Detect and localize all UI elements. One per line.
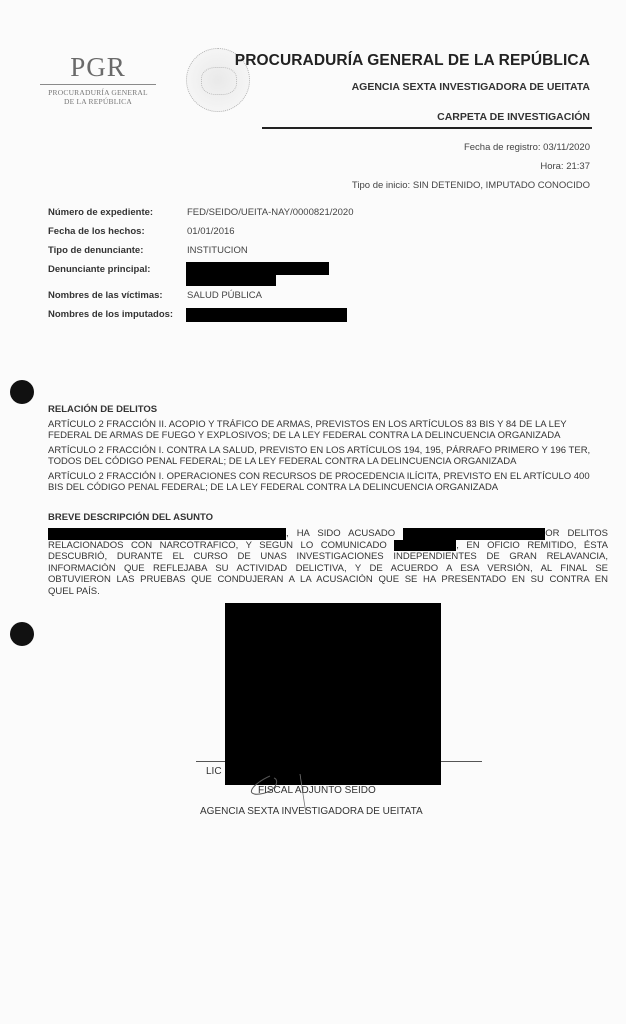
signer-agency: AGENCIA SEXTA INVESTIGADORA DE UEITATA (200, 806, 423, 817)
field-label-fecha-hechos: Fecha de los hechos: (48, 226, 145, 237)
desc-text: , HA SIDO ACUSADO (286, 528, 395, 539)
punch-hole-top (10, 380, 34, 404)
logo-acronym: PGR (40, 52, 156, 82)
desc-line: OBTUVIERON LAS PRUEBAS QUE CONDUJERAN A … (48, 574, 608, 586)
logo-line-1: PROCURADURÍA GENERAL (40, 88, 156, 97)
agency-name: AGENCIA SEXTA INVESTIGADORA DE UEITATA (352, 81, 590, 93)
delito-item: ARTÍCULO 2 FRACCIÓN I. OPERACIONES CON R… (48, 472, 604, 493)
field-label-denunciante: Denunciante principal: (48, 264, 150, 275)
delito-line: ARTÍCULO 2 FRACCIÓN II. ACOPIO Y TRÁFICO… (48, 420, 604, 431)
field-value-fecha-hechos: 01/01/2016 (187, 226, 235, 237)
desc-line: INFORMACIÓN QUE REFLEJABA SU ACTIVIDAD D… (48, 563, 608, 575)
signer-prefix: LIC (206, 766, 222, 777)
field-label-tipo-denunciante: Tipo de denunciante: (48, 245, 143, 256)
redaction-denunciante-b (186, 274, 276, 286)
desc-text: OR DELITOS (545, 528, 608, 539)
desc-text: RELACIONADOS CON NARCOTRAFICO, Y SEGUN L… (48, 540, 387, 551)
redaction-imputados (186, 308, 347, 322)
redaction-accused-name (48, 528, 286, 540)
delito-line: FEDERAL DE ARMAS DE FUEGO Y EXPLOSIVOS; … (48, 431, 604, 442)
desc-line: QUEL PAÍS. (48, 586, 608, 598)
registration-time: Hora: 21:37 (540, 161, 590, 172)
registration-date: Fecha de registro: 03/11/2020 (464, 142, 590, 153)
delitos-heading: RELACIÓN DE DELITOS (48, 404, 157, 415)
descripcion-heading: BREVE DESCRIPCIÓN DEL ASUNTO (48, 512, 213, 523)
delito-item: ARTÍCULO 2 FRACCIÓN I. CONTRA LA SALUD, … (48, 446, 604, 467)
delito-item: ARTÍCULO 2 FRACCIÓN II. ACOPIO Y TRÁFICO… (48, 420, 604, 441)
punch-hole-bottom (10, 622, 34, 646)
logo-divider (40, 84, 156, 85)
delito-line: ARTÍCULO 2 FRACCIÓN I. OPERACIONES CON R… (48, 472, 604, 483)
desc-line: DESCUBRIÓ, DURANTE EL CURSO DE UNAS INVE… (48, 551, 608, 563)
signer-title: FISCAL ADJUNTO SEIDO (258, 785, 376, 796)
field-label-expediente: Número de expediente: (48, 207, 153, 218)
field-label-imputados: Nombres de los imputados: (48, 309, 173, 320)
pgr-logo: PGR PROCURADURÍA GENERAL DE LA REPÚBLICA (40, 52, 156, 106)
seal-eagle-icon (201, 67, 237, 95)
desc-text: , EN OFICIO REMITIDO, ÉSTA (456, 540, 608, 551)
field-value-expediente: FED/SEIDO/UEITA-NAY/0000821/2020 (187, 207, 354, 218)
descripcion-body: , HA SIDO ACUSADO OR DELITOS RELACIONADO… (48, 528, 608, 597)
redaction-accuser (403, 528, 545, 540)
header-divider (262, 127, 592, 129)
field-value-tipo-denunciante: INSTITUCION (187, 245, 248, 256)
delito-line: TODOS DEL CÓDIGO PENAL FEDERAL; DE LA LE… (48, 457, 604, 468)
field-value-victimas: SALUD PÚBLICA (187, 290, 262, 301)
redaction-source (394, 540, 456, 552)
redaction-signature-stamp (225, 603, 441, 785)
page-title: PROCURADURÍA GENERAL DE LA REPÚBLICA (235, 52, 590, 70)
delito-line: ARTÍCULO 2 FRACCIÓN I. CONTRA LA SALUD, … (48, 446, 604, 457)
field-label-victimas: Nombres de las víctimas: (48, 290, 163, 301)
delito-line: BIS DEL CÓDIGO PENAL FEDERAL; DE LA LEY … (48, 483, 604, 494)
logo-line-2: DE LA REPÚBLICA (40, 97, 156, 106)
section-heading: CARPETA DE INVESTIGACIÓN (437, 111, 590, 123)
start-type: Tipo de inicio: SIN DETENIDO, IMPUTADO C… (352, 180, 590, 191)
